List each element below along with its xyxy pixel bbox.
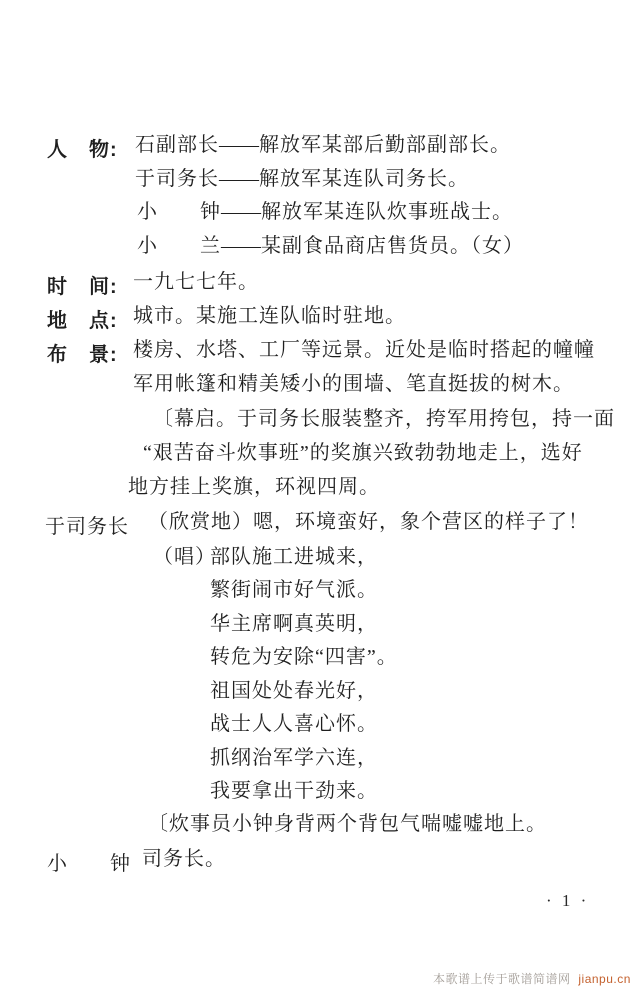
song-line: 华主席啊真英明，	[210, 612, 378, 636]
cast-name: 石副部长	[135, 133, 219, 157]
cast-dash: ——	[219, 167, 259, 191]
page-number: · 1 ·	[546, 891, 589, 911]
song-line: 祖国处处春光好，	[210, 679, 378, 703]
song-cue: （唱）	[153, 545, 216, 569]
cast-description: 解放军某连队司务长。	[259, 168, 469, 190]
watermark-site-link: jianpu.cn	[578, 972, 631, 986]
cast-dash: ——	[221, 234, 261, 258]
song-line: 我要拿出干劲来。	[210, 779, 378, 803]
song-line: 繁街闹市好气派。	[210, 578, 378, 602]
cast-label: 人 物:	[47, 133, 118, 162]
cast-name: 小 兰	[137, 234, 221, 258]
cast-entry: 小 兰——某副食品商店售货员。（女）	[137, 234, 524, 258]
cast-description: 某副食品商店售货员。（女）	[261, 235, 524, 257]
stage-direction-line: “艰苦奋斗炊事班”的奖旗兴致勃勃地走上，选好	[143, 441, 583, 465]
dialogue-text: （欣赏地）嗯，环境蛮好，象个营区的样子了！	[148, 510, 589, 534]
dialogue-text: 司务长。	[142, 847, 226, 871]
watermark-text: 本歌谱上传于歌谱简谱网	[433, 972, 571, 986]
setting-text-line: 楼房、水塔、工厂等远景。近处是临时搭起的幢幢	[133, 338, 595, 362]
cast-entry: 石副部长——解放军某部后勤部副部长。	[135, 133, 511, 157]
time-text: 一九七七年。	[133, 270, 259, 294]
speaker-name: 小 钟	[47, 847, 131, 876]
cast-name: 小 钟	[137, 200, 221, 224]
time-label: 时 间:	[47, 270, 118, 299]
cast-description: 解放军某部后勤部副部长。	[259, 134, 511, 156]
song-line: 部队施工进城来，	[210, 545, 378, 569]
stage-direction-line: 地方挂上奖旗，环视四周。	[128, 475, 380, 499]
stage-direction-line: 〔炊事员小钟身背两个背包气喘嘘嘘地上。	[148, 812, 547, 836]
cast-dash: ——	[221, 200, 261, 224]
watermark: 本歌谱上传于歌谱简谱网 jianpu.cn	[433, 970, 631, 987]
setting-text-line: 军用帐篷和精美矮小的围墙、笔直挺拔的树木。	[133, 372, 574, 396]
speaker-name: 于司务长	[45, 510, 129, 539]
cast-name: 于司务长	[135, 167, 219, 191]
song-line: 抓纲治军学六连，	[210, 746, 378, 770]
song-line: 转危为安除“四害”。	[210, 645, 398, 669]
cast-dash: ——	[219, 133, 259, 157]
place-text: 城市。某施工连队临时驻地。	[133, 304, 406, 328]
stage-direction-line: 〔幕启。于司务长服装整齐，挎军用挎包，持一面	[153, 407, 615, 431]
cast-entry: 小 钟——解放军某连队炊事班战士。	[137, 200, 513, 224]
script-page: 人 物: 石副部长——解放军某部后勤部副部长。 于司务长——解放军某连队司务长。…	[0, 0, 640, 997]
cast-description: 解放军某连队炊事班战士。	[261, 201, 513, 223]
place-label: 地 点:	[47, 304, 118, 333]
cast-entry: 于司务长——解放军某连队司务长。	[135, 167, 469, 191]
setting-label: 布 景:	[47, 338, 118, 367]
song-line: 战士人人喜心怀。	[210, 712, 378, 736]
